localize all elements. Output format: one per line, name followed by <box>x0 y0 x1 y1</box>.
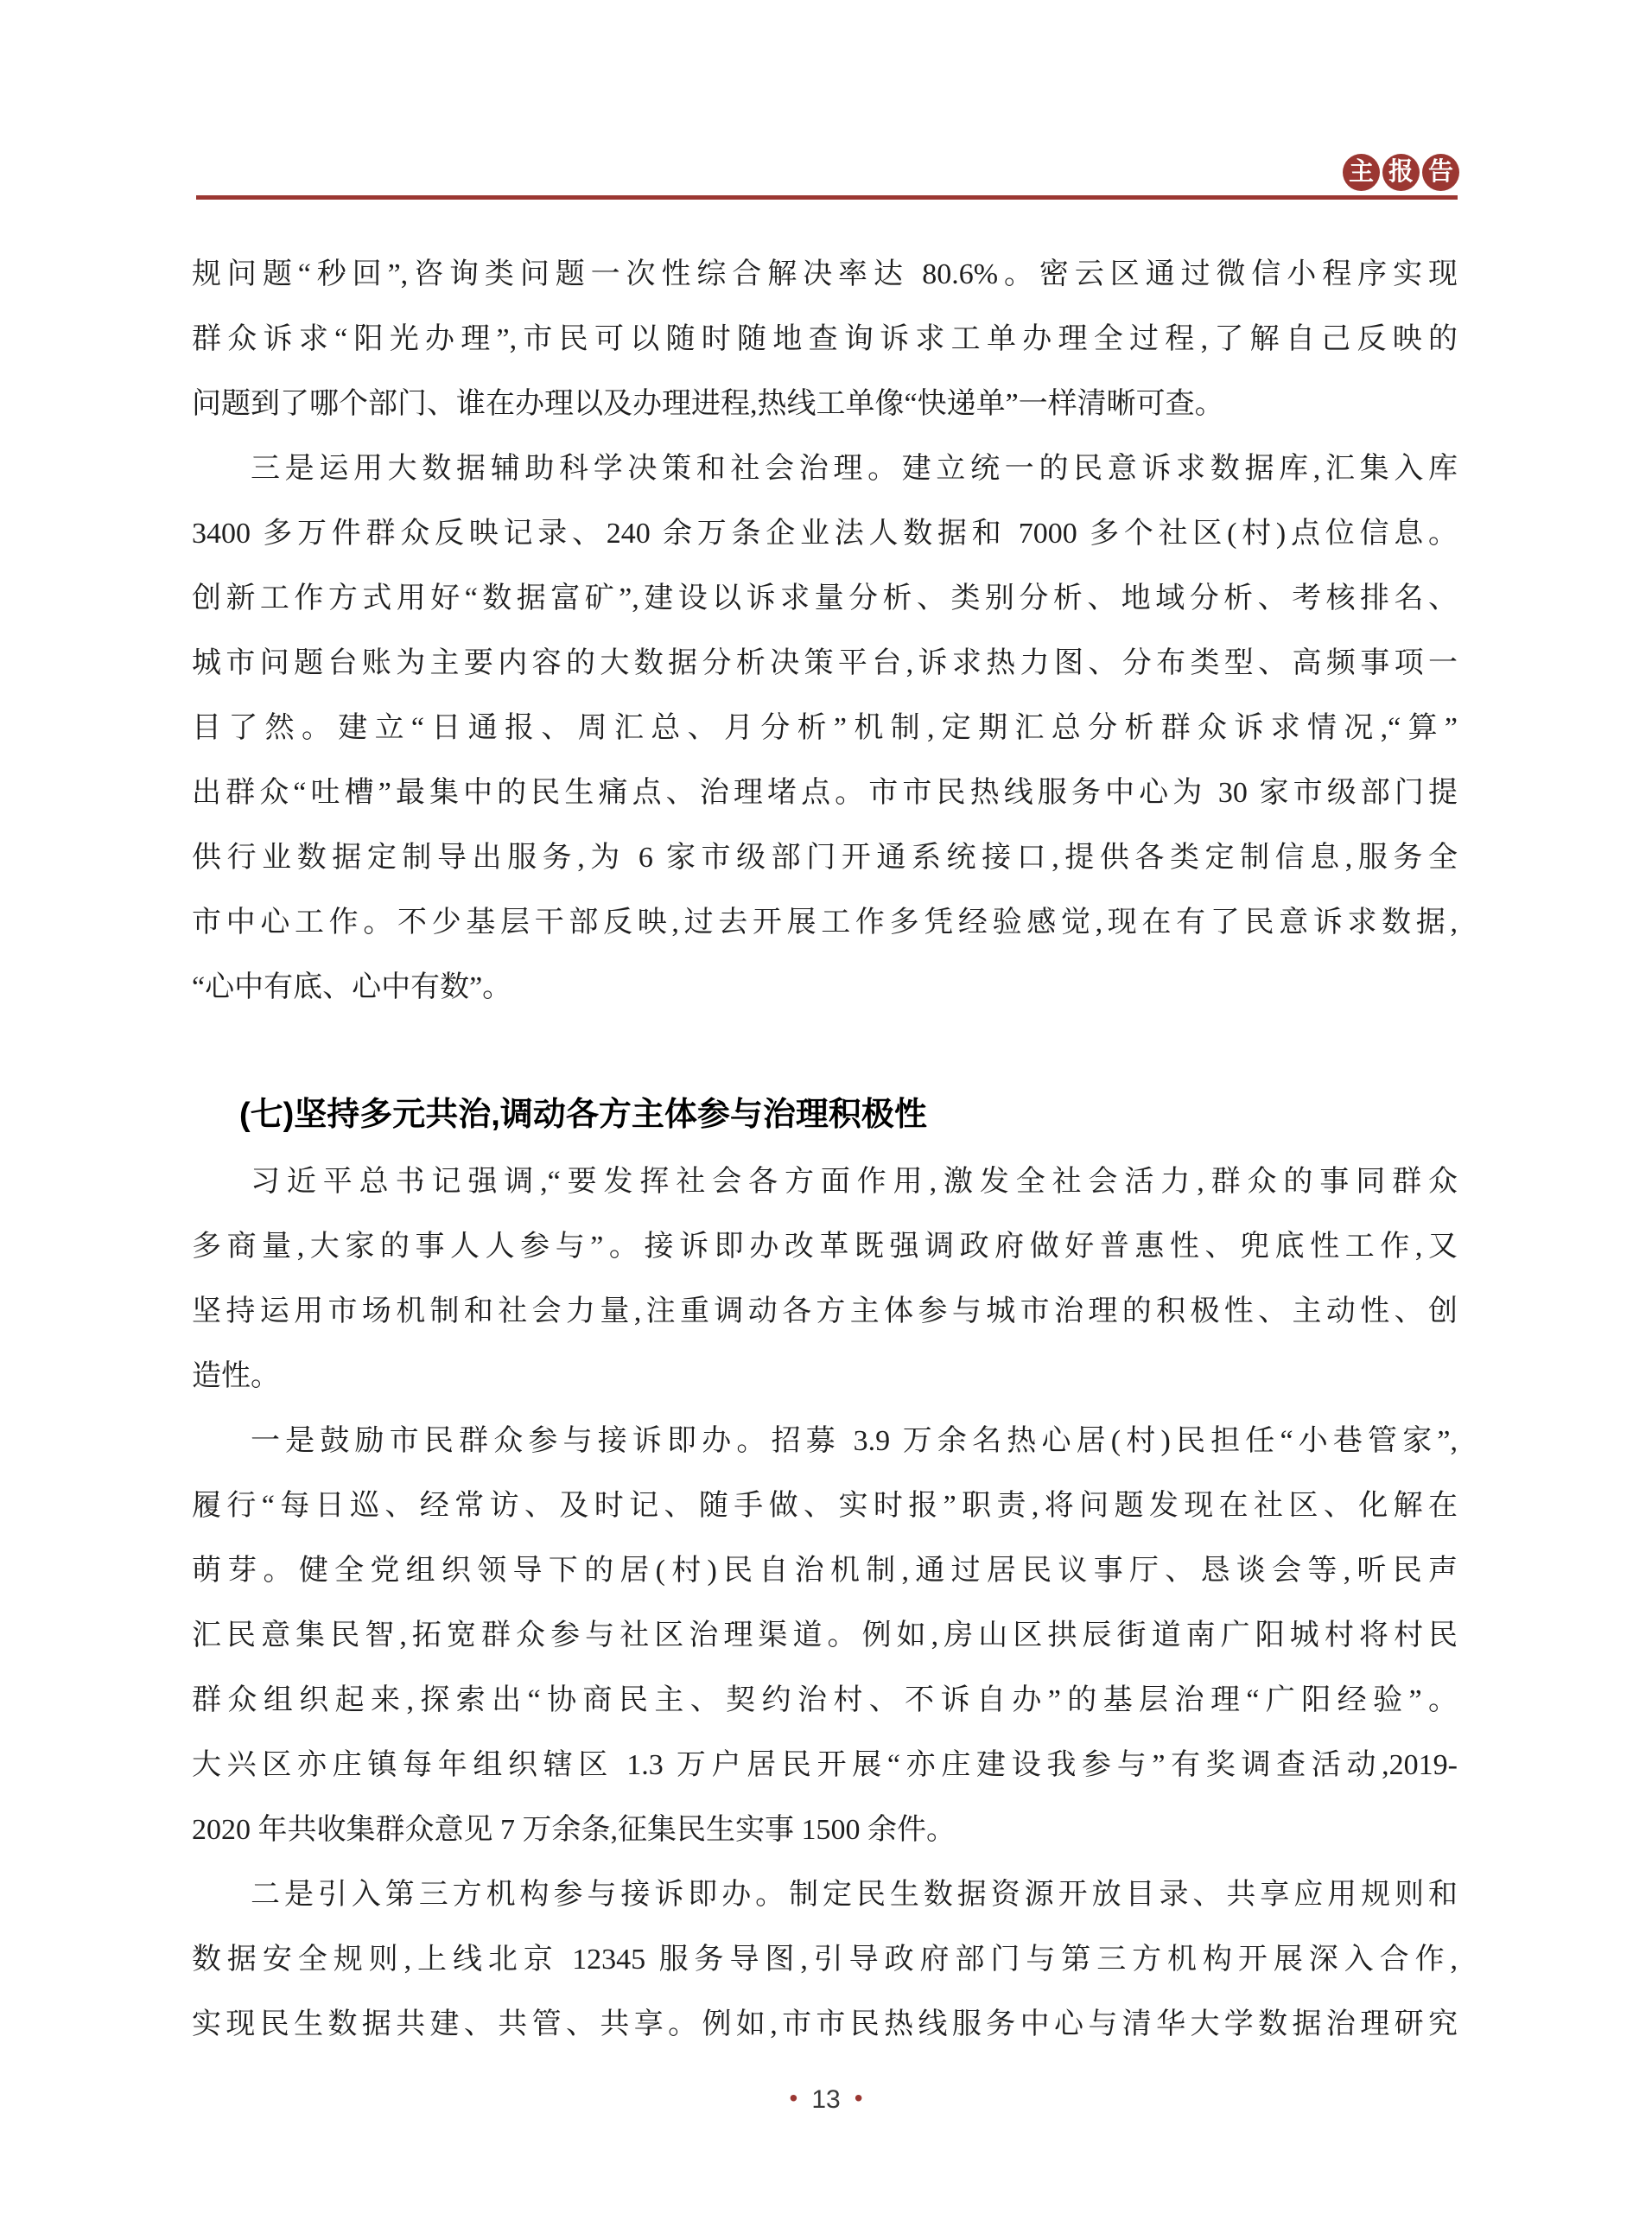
body-text-line: 群众组织起来,探索出“协商民主、契约治村、不诉自办”的基层治理“广阳经验”。 <box>192 1668 1458 1733</box>
body-text-line: 履行“每日巡、经常访、及时记、随手做、实时报”职责,将问题发现在社区、化解在 <box>192 1473 1458 1538</box>
body-text-line: 二是引入第三方机构参与接诉即办。制定民生数据资源开放目录、共享应用规则和 <box>192 1862 1458 1927</box>
body-text-line: 3400 多万件群众反映记录、240 余万条企业法人数据和 7000 多个社区(… <box>192 501 1458 566</box>
report-badge-char-1: 主 <box>1343 154 1380 191</box>
footer-dot-right: • <box>855 2084 863 2111</box>
body-text-line: 规问题“秒回”,咨询类问题一次性综合解决率达 80.6%。密云区通过微信小程序实… <box>192 242 1458 307</box>
document-body: 规问题“秒回”,咨询类问题一次性综合解决率达 80.6%。密云区通过微信小程序实… <box>192 242 1458 2057</box>
body-text-line: 三是运用大数据辅助科学决策和社会治理。建立统一的民意诉求数据库,汇集入库 <box>192 436 1458 501</box>
body-text-line: 实现民生数据共建、共管、共享。例如,市市民热线服务中心与清华大学数据治理研究 <box>192 1992 1458 2057</box>
body-text-line: 习近平总书记强调,“要发挥社会各方面作用,激发全社会活力,群众的事同群众 <box>192 1149 1458 1214</box>
document-page: 主 报 告 规问题“秒回”,咨询类问题一次性综合解决率达 80.6%。密云区通过… <box>0 0 1652 2240</box>
body-text-line: 创新工作方式用好“数据富矿”,建设以诉求量分析、类别分析、地域分析、考核排名、 <box>192 566 1458 631</box>
body-text-line: 城市问题台账为主要内容的大数据分析决策平台,诉求热力图、分布类型、高频事项一 <box>192 631 1458 696</box>
body-text-line: “心中有底、心中有数”。 <box>192 955 1458 1020</box>
body-text-line: 坚持运用市场机制和社会力量,注重调动各方主体参与城市治理的积极性、主动性、创 <box>192 1279 1458 1344</box>
body-text-line: 供行业数据定制导出服务,为 6 家市级部门开通系统接口,提供各类定制信息,服务全 <box>192 825 1458 890</box>
page-footer: •13• <box>0 2084 1652 2115</box>
report-badge-char-2: 报 <box>1382 154 1420 191</box>
body-text-line: 群众诉求“阳光办理”,市民可以随时随地查询诉求工单办理全过程,了解自己反映的 <box>192 307 1458 372</box>
body-text-line: 市中心工作。不少基层干部反映,过去开展工作多凭经验感觉,现在有了民意诉求数据, <box>192 890 1458 955</box>
report-badge: 主 报 告 <box>1343 154 1459 191</box>
footer-dot-left: • <box>790 2084 798 2111</box>
body-text-line: 一是鼓励市民群众参与接诉即办。招募 3.9 万余名热心居(村)民担任“小巷管家”… <box>192 1409 1458 1473</box>
body-text-line: 出群众“吐槽”最集中的民生痛点、治理堵点。市市民热线服务中心为 30 家市级部门… <box>192 760 1458 825</box>
body-text-line: 造性。 <box>192 1344 1458 1409</box>
body-text-line: 多商量,大家的事人人参与”。接诉即办改革既强调政府做好普惠性、兜底性工作,又 <box>192 1214 1458 1279</box>
section-heading: (七)坚持多元共治,调动各方主体参与治理积极性 <box>192 1080 1458 1149</box>
report-badge-char-3: 告 <box>1422 154 1459 191</box>
page-number: 13 <box>811 2085 840 2114</box>
body-text-line: 萌芽。健全党组织领导下的居(村)民自治机制,通过居民议事厅、恳谈会等,听民声 <box>192 1538 1458 1603</box>
body-text-line: 2020 年共收集群众意见 7 万余条,征集民生实事 1500 余件。 <box>192 1798 1458 1862</box>
body-text-line: 大兴区亦庄镇每年组织辖区 1.3 万户居民开展“亦庄建设我参与”有奖调查活动,2… <box>192 1733 1458 1798</box>
header-rule <box>196 195 1458 200</box>
body-text-line: 数据安全规则,上线北京 12345 服务导图,引导政府部门与第三方机构开展深入合… <box>192 1927 1458 1992</box>
body-text-line: 汇民意集民智,拓宽群众参与社区治理渠道。例如,房山区拱辰街道南广阳城村将村民 <box>192 1603 1458 1668</box>
body-text-line: 问题到了哪个部门、谁在办理以及办理进程,热线工单像“快递单”一样清晰可查。 <box>192 372 1458 436</box>
body-text-line: 目了然。建立“日通报、周汇总、月分析”机制,定期汇总分析群众诉求情况,“算” <box>192 696 1458 760</box>
